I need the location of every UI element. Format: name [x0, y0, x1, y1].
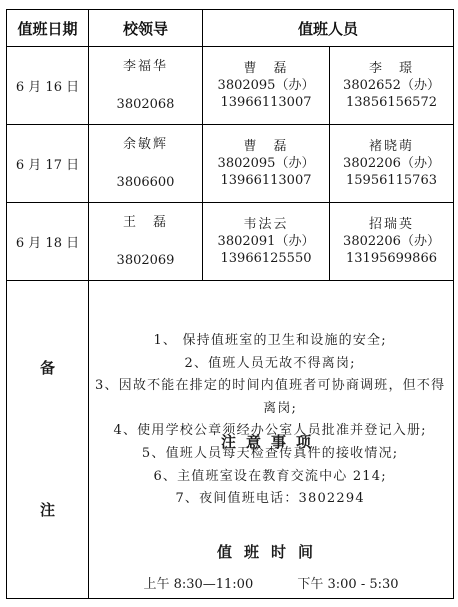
leader-phone: 3806600: [117, 175, 175, 190]
staff-office-phone: 3802091（办）: [203, 233, 329, 250]
staff-mobile: 13195699866: [330, 250, 453, 267]
header-row: 值班日期 校领导 值班人员: [7, 10, 454, 47]
note-item: 1、 保持值班室的卫生和设施的安全;: [95, 330, 445, 353]
note-item: 7、夜间值班电话：3802294: [95, 488, 445, 511]
remarks-label: 备 注: [7, 281, 89, 599]
duty-date: 6 月 16 日: [7, 47, 89, 125]
leader-name: 王 磊: [89, 214, 202, 232]
leader-name: 李福华: [89, 58, 202, 76]
staff-mobile: 13856156572: [330, 94, 453, 111]
staff-cell: 曹 磊 3802095（办） 13966113007: [203, 125, 330, 203]
remarks-label-bottom: 注: [7, 499, 88, 520]
leader-phone: 3802069: [117, 253, 175, 268]
staff-cell: 李 璟 3802652（办） 13856156572: [330, 47, 454, 125]
note-item: 6、主值班室设在教育交流中心 214;: [95, 466, 445, 489]
leader-column-header: 校领导: [89, 10, 203, 47]
date-column-header: 值班日期: [7, 10, 89, 47]
duty-schedule-table: 值班日期 校领导 值班人员 6 月 16 日 李福华 3802068 曹 磊 3…: [6, 9, 454, 599]
staff-mobile: 15956115763: [330, 172, 453, 189]
remarks-row: 备 注 注意事项 1、 保持值班室的卫生和设施的安全; 2、值班人员无故不得离岗…: [7, 281, 454, 599]
staff-name: 曹 磊: [203, 60, 329, 77]
staff-office-phone: 3802206（办）: [330, 155, 453, 172]
note-item-continuation: 离岗;: [95, 398, 445, 421]
afternoon-hours: 下午 3:00 - 5:30: [297, 577, 398, 592]
staff-office-phone: 3802095（办）: [203, 155, 329, 172]
staff-office-phone: 3802095（办）: [203, 77, 329, 94]
note-item: 2、值班人员无故不得离岗;: [95, 353, 445, 376]
staff-cell: 招瑞英 3802206（办） 13195699866: [330, 203, 454, 281]
duty-time-title: 值班时间: [89, 541, 453, 562]
staff-cell: 褚晓萌 3802206（办） 15956115763: [330, 125, 454, 203]
staff-mobile: 13966125550: [203, 250, 329, 267]
notes-list: 1、 保持值班室的卫生和设施的安全; 2、值班人员无故不得离岗; 3、因故不能在…: [95, 330, 445, 511]
leader-cell: 余敏辉 3806600: [89, 125, 203, 203]
staff-cell: 韦法云 3802091（办） 13966125550: [203, 203, 330, 281]
staff-mobile: 13966113007: [203, 172, 329, 189]
leader-name: 余敏辉: [89, 136, 202, 154]
table-row: 6 月 16 日 李福华 3802068 曹 磊 3802095（办） 1396…: [7, 47, 454, 125]
table-row: 6 月 18 日 王 磊 3802069 韦法云 3802091（办） 1396…: [7, 203, 454, 281]
staff-office-phone: 3802206（办）: [330, 233, 453, 250]
staff-office-phone: 3802652（办）: [330, 77, 453, 94]
staff-name: 曹 磊: [203, 138, 329, 155]
note-item: 4、使用学校公章须经办公室人员批准并登记入册;: [95, 420, 445, 443]
staff-column-header: 值班人员: [203, 10, 454, 47]
staff-name: 招瑞英: [330, 216, 453, 233]
table-row: 6 月 17 日 余敏辉 3806600 曹 磊 3802095（办） 1396…: [7, 125, 454, 203]
duty-date: 6 月 18 日: [7, 203, 89, 281]
staff-name: 褚晓萌: [330, 138, 453, 155]
leader-cell: 王 磊 3802069: [89, 203, 203, 281]
leader-cell: 李福华 3802068: [89, 47, 203, 125]
staff-name: 韦法云: [203, 216, 329, 233]
staff-name: 李 璟: [330, 60, 453, 77]
staff-cell: 曹 磊 3802095（办） 13966113007: [203, 47, 330, 125]
staff-mobile: 13966113007: [203, 94, 329, 111]
remarks-label-top: 备: [7, 357, 88, 378]
note-item: 5、值班人员每天检查传真件的接收情况;: [95, 443, 445, 466]
leader-phone: 3802068: [117, 97, 175, 112]
note-item: 3、因故不能在排定的时间内值班者可协商调班，但不得: [95, 375, 445, 398]
duty-time-row: 上午 8:30—11:00 下午 3:00 - 5:30: [89, 573, 453, 592]
morning-hours: 上午 8:30—11:00: [143, 577, 253, 592]
duty-date: 6 月 17 日: [7, 125, 89, 203]
remarks-content: 注意事项 1、 保持值班室的卫生和设施的安全; 2、值班人员无故不得离岗; 3、…: [89, 281, 454, 599]
